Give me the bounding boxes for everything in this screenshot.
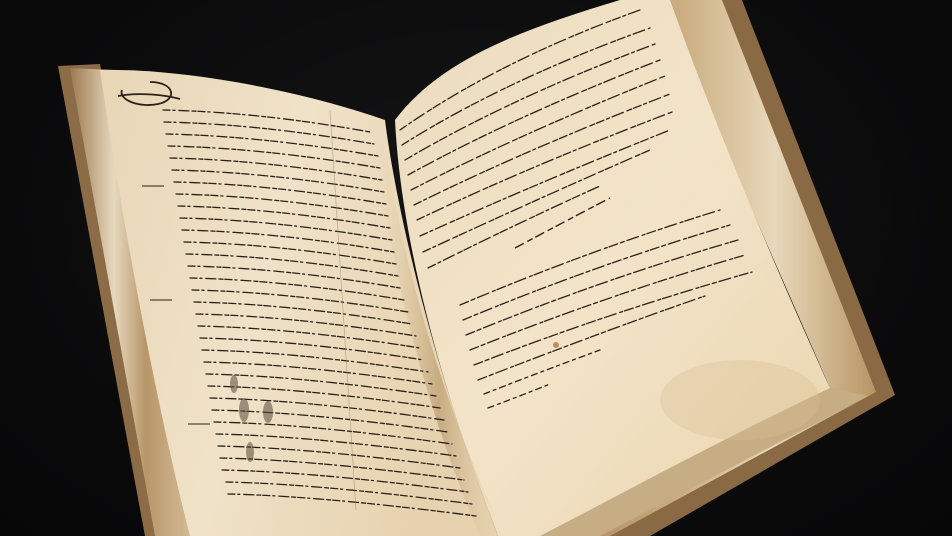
book-illustration bbox=[0, 0, 952, 536]
photo-scene bbox=[0, 0, 952, 536]
